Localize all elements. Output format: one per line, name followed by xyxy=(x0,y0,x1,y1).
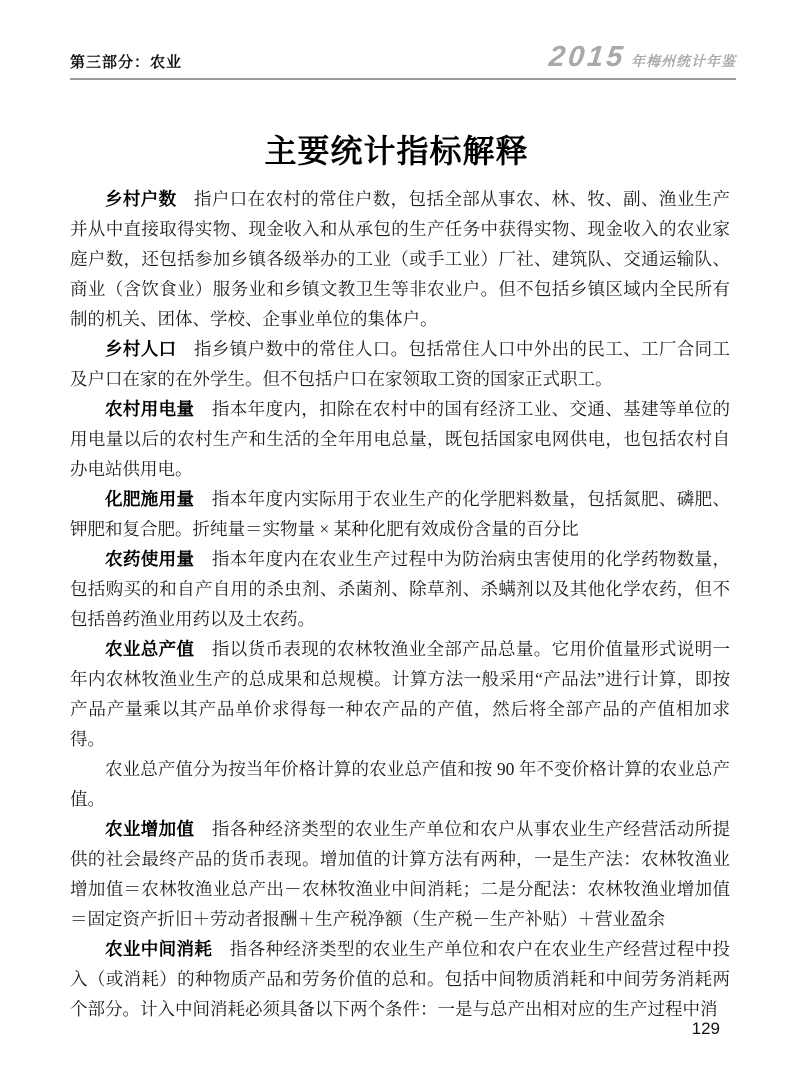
term-label: 乡村人口 xyxy=(105,339,177,359)
definition-paragraph: 化肥施用量指本年度内实际用于农业生产的化学肥料数量，包括氮肥、磷肥、钾肥和复合肥… xyxy=(70,484,730,544)
definition-paragraph: 乡村人口指乡镇户数中的常住人口。包括常住人口中外出的民工、工厂合同工及户口在家的… xyxy=(70,334,730,394)
term-label: 化肥施用量 xyxy=(105,489,194,509)
term-label: 农村用电量 xyxy=(105,399,194,419)
definitions-body: 乡村户数指户口在农村的常住户数，包括全部从事农、林、牧、副、渔业生产并从中直接取… xyxy=(70,184,730,1024)
term-definition: 农业总产值分为按当年价格计算的农业总产值和按 90 年不变价格计算的农业总产值。 xyxy=(70,759,730,809)
definition-paragraph: 农业总产值分为按当年价格计算的农业总产值和按 90 年不变价格计算的农业总产值。 xyxy=(70,754,730,814)
definition-paragraph: 农业增加值指各种经济类型的农业生产单位和农户从事农业生产经营活动所提供的社会最终… xyxy=(70,814,730,934)
definition-paragraph: 农业总产值指以货币表现的农林牧渔业全部产品总量。它用价值量形式说明一年内农林牧渔… xyxy=(70,634,730,754)
term-label: 农药使用量 xyxy=(105,549,194,569)
page-title: 主要统计指标解释 xyxy=(0,126,793,172)
definition-paragraph: 乡村户数指户口在农村的常住户数，包括全部从事农、林、牧、副、渔业生产并从中直接取… xyxy=(70,184,730,334)
term-label: 农业增加值 xyxy=(105,819,194,839)
definition-paragraph: 农药使用量指本年度内在农业生产过程中为防治病虫害使用的化学药物数量，包括购买的和… xyxy=(70,544,730,634)
term-definition: 指户口在农村的常住户数，包括全部从事农、林、牧、副、渔业生产并从中直接取得实物、… xyxy=(70,189,730,329)
term-label: 农业总产值 xyxy=(105,639,194,659)
wordmark-title: 年梅州统计年鉴 xyxy=(631,51,736,71)
yearbook-wordmark: 2015 年梅州统计年鉴 xyxy=(549,43,736,72)
page-header: 第三部分：农业 2015 年梅州统计年鉴 xyxy=(70,42,736,80)
term-label: 乡村户数 xyxy=(105,189,177,209)
wordmark-year: 2015 xyxy=(548,43,628,72)
yearbook-page: 第三部分：农业 2015 年梅州统计年鉴 主要统计指标解释 乡村户数指户口在农村… xyxy=(0,0,793,1077)
definition-paragraph: 农村用电量指本年度内，扣除在农村中的国有经济工业、交通、基建等单位的用电量以后的… xyxy=(70,394,730,484)
page-number: 129 xyxy=(692,1019,720,1039)
term-label: 农业中间消耗 xyxy=(105,939,212,959)
section-label: 第三部分：农业 xyxy=(70,51,182,72)
definition-paragraph: 农业中间消耗指各种经济类型的农业生产单位和农户在农业生产经营过程中投入（或消耗）… xyxy=(70,934,730,1024)
